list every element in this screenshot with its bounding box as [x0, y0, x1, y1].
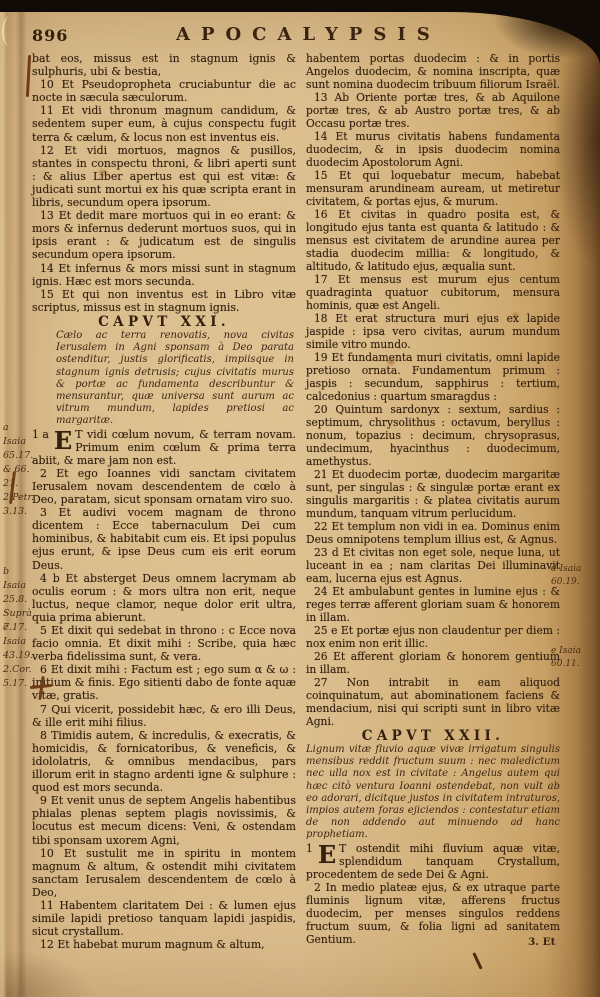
- verse-paragraph: 22 Et templum non vidi in ea. Dominus en…: [306, 520, 560, 546]
- verse-paragraph: habentem portas duodecim : & in portis A…: [306, 52, 560, 91]
- verse-paragraph: 12 Et habebat murum magnum & altum,: [32, 938, 296, 951]
- left-column: bat eos, missus est in stagnum ignis & s…: [32, 52, 296, 951]
- verse-paragraph: 14 Et infernus & mors missi sunt in stag…: [32, 262, 296, 288]
- verse-number: 1: [306, 842, 313, 855]
- dropcap-initial: E: [54, 428, 72, 453]
- page-corner-curl: [2, 16, 18, 46]
- verse-paragraph: bat eos, missus est in stagnum ignis & s…: [32, 52, 296, 78]
- verse-paragraph: 16 Et civitas in quadro posita est, & lo…: [306, 208, 560, 273]
- running-title: APOCALYPSIS: [176, 24, 441, 45]
- verse-paragraph: 11 Habentem claritatem Dei : & lumen eju…: [32, 899, 296, 938]
- verse-paragraph: 8 Timidis autem, & incredulis, & execrat…: [32, 729, 296, 794]
- verse-paragraph: 18 Et erat structura muri ejus ex lapide…: [306, 312, 560, 351]
- verse-paragraph: 10 Et sustulit me in spiritu in montem m…: [32, 847, 296, 899]
- verse-paragraph: 23 d Et civitas non eget sole, neque lun…: [306, 546, 560, 585]
- verse-paragraph: 1 aET vidi cœlum novum, & terram novam. …: [32, 428, 296, 467]
- verse-paragraph: 26 Et afferent gloriam & honorem gentium…: [306, 650, 560, 676]
- verse-paragraph: 27 Non intrabit in eam aliquod coinquina…: [306, 676, 560, 728]
- verse-paragraph: 3 Et audivi vocem magnam de throno dicen…: [32, 506, 296, 571]
- book-scan: 896 APOCALYPSIS bat eos, missus est in s…: [0, 0, 600, 997]
- verse-paragraph: 25 e Et portæ ejus non claudentur per di…: [306, 624, 560, 650]
- verse-paragraph: 13 Ab Oriente portæ tres, & ab Aquilone …: [306, 91, 560, 130]
- verse-paragraph: 17 Et mensus est murum ejus centum quadr…: [306, 273, 560, 312]
- verse-paragraph: 1ET ostendit mihi fluvium aquæ vitæ, spl…: [306, 842, 560, 881]
- chapter-argument-22: Lignum vitæ fluvio aquæ vivæ irrigatum s…: [306, 744, 560, 842]
- verse-paragraph: 13 Et dedit mare mortuos qui in eo erant…: [32, 209, 296, 261]
- dropcap-initial: E: [318, 842, 336, 867]
- verse-paragraph: 9 Et venit unus de septem Angelis habent…: [32, 794, 296, 846]
- verse-paragraph: 6 Et dixit mihi : Factum est ; ego sum α…: [32, 663, 296, 702]
- verse-paragraph: 12 Et vidi mortuos, magnos & pusillos, s…: [32, 144, 296, 209]
- verse-paragraph: 5 Et dixit qui sedebat in throno : c Ecc…: [32, 624, 296, 663]
- verse-paragraph: 2 In medio plateæ ejus, & ex utraque par…: [306, 881, 560, 946]
- verse-paragraph: 15 Et qui loquebatur mecum, habebat mens…: [306, 169, 560, 208]
- verse-paragraph: 15 Et qui non inventus est in Libro vitæ…: [32, 288, 296, 314]
- verse-number: 1 a: [32, 428, 49, 441]
- verse-paragraph: 7 Qui vicerit, possidebit hæc, & ero ill…: [32, 703, 296, 729]
- verse-paragraph: 20 Quintum sardonyx : sextum, sardius : …: [306, 403, 560, 468]
- verse-paragraph: 2 Et ego Ioannes vidi sanctam civitatem …: [32, 467, 296, 506]
- verse-paragraph: 4 b Et absterget Deus omnem lacrymam ab …: [32, 572, 296, 624]
- chapter-heading-21: CAPVT XXI.: [32, 316, 296, 329]
- verse-paragraph: 11 Et vidi thronum magnum candidum, & se…: [32, 104, 296, 143]
- verse-paragraph: 14 Et murus civitatis habens fundamenta …: [306, 130, 560, 169]
- chapter-heading-22: CAPVT XXII.: [306, 730, 560, 743]
- verse-paragraph: 21 Et duodecim portæ, duodecim margaritæ…: [306, 468, 560, 520]
- verse-text: T ostendit mihi fluvium aquæ vitæ, splen…: [306, 842, 560, 881]
- right-column: habentem portas duodecim : & in portis A…: [306, 52, 560, 951]
- catchword: 3. Et: [528, 936, 555, 948]
- verse-paragraph: 19 Et fundamenta muri civitatis, omni la…: [306, 351, 560, 403]
- page-number: 896: [32, 26, 68, 45]
- verse-paragraph: 10 Et Pseudopropheta cruciabuntur die ac…: [32, 78, 296, 104]
- verse-paragraph: 24 Et ambulabunt gentes in lumine ejus :…: [306, 585, 560, 624]
- chapter-argument-21: Cælo ac terra renovatis, nova civitas Ie…: [56, 330, 294, 428]
- text-columns: bat eos, missus est in stagnum ignis & s…: [32, 52, 560, 951]
